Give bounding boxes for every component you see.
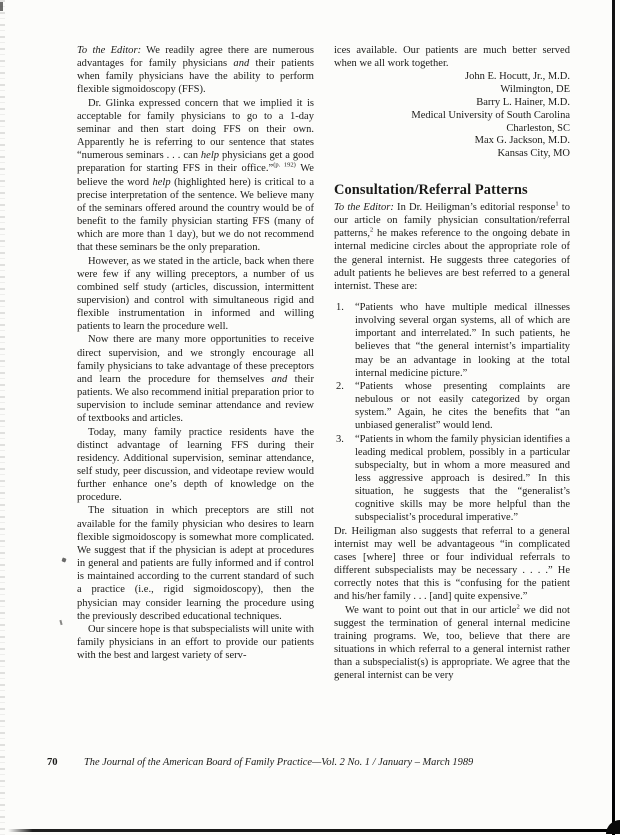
- list-number: 3.: [334, 433, 355, 525]
- page-number: 70: [47, 757, 58, 768]
- signature-line: Max G. Jackson, M.D.: [334, 135, 570, 148]
- paragraph: Dr. Glinka expressed concern that we imp…: [77, 97, 314, 255]
- journal-page: To the Editor: We readily agree there ar…: [0, 0, 620, 835]
- scan-speck: [0, 2, 3, 11]
- scan-edge-right: [612, 0, 615, 835]
- paragraph-continuation: ices available. Our patients are much be…: [334, 44, 570, 70]
- scan-corner-artifact: [606, 820, 620, 834]
- paragraph: Now there are many more opportunities to…: [77, 333, 314, 425]
- signature-line: Wilmington, DE: [334, 84, 570, 97]
- journal-citation: The Journal of the American Board of Fam…: [84, 757, 473, 768]
- paragraph: Dr. Heiligman also suggests that referra…: [334, 525, 570, 604]
- page-footer: 70 The Journal of the American Board of …: [0, 757, 620, 773]
- paragraph: We want to point out that in our article…: [334, 604, 570, 683]
- signature-line: Kansas City, MO: [334, 148, 570, 161]
- list-item: 1. “Patients who have multiple medical i…: [334, 301, 570, 380]
- scan-noise-left-edge: [0, 0, 5, 835]
- section-heading: Consultation/Referral Patterns: [334, 182, 570, 198]
- signature-line: Barry L. Hainer, M.D.: [334, 97, 570, 110]
- list-number: 1.: [334, 301, 355, 380]
- list-item-text: “Patients who have multiple medical illn…: [355, 301, 570, 380]
- signature-line: Medical University of South Carolina: [334, 110, 570, 123]
- paragraph: The situation in which preceptors are st…: [77, 504, 314, 622]
- paragraph: Our sincere hope is that subspecialists …: [77, 623, 314, 662]
- scan-speck: [61, 557, 66, 562]
- left-column: To the Editor: We readily agree there ar…: [77, 44, 314, 662]
- paragraph-letter-opening: To the Editor: We readily agree there ar…: [77, 44, 314, 97]
- signature-line: John E. Hocutt, Jr., M.D.: [334, 71, 570, 84]
- scan-edge-bottom: [8, 829, 620, 832]
- list-item: 2. “Patients whose presenting complaints…: [334, 380, 570, 433]
- list-item: 3. “Patients in whom the family physicia…: [334, 433, 570, 525]
- signature-line: Charleston, SC: [334, 123, 570, 136]
- scan-speck: [59, 620, 62, 625]
- paragraph: However, as we stated in the article, ba…: [77, 255, 314, 334]
- numbered-list: 1. “Patients who have multiple medical i…: [334, 301, 570, 525]
- right-column: ices available. Our patients are much be…: [334, 44, 570, 683]
- paragraph: Today, many family practice residents ha…: [77, 426, 314, 505]
- list-number: 2.: [334, 380, 355, 433]
- paragraph-section-intro: To the Editor: In Dr. Heiligman’s editor…: [334, 201, 570, 293]
- list-item-text: “Patients whose presenting complaints ar…: [355, 380, 570, 433]
- signature-block: John E. Hocutt, Jr., M.D. Wilmington, DE…: [334, 71, 570, 161]
- list-item-text: “Patients in whom the family physician i…: [355, 433, 570, 525]
